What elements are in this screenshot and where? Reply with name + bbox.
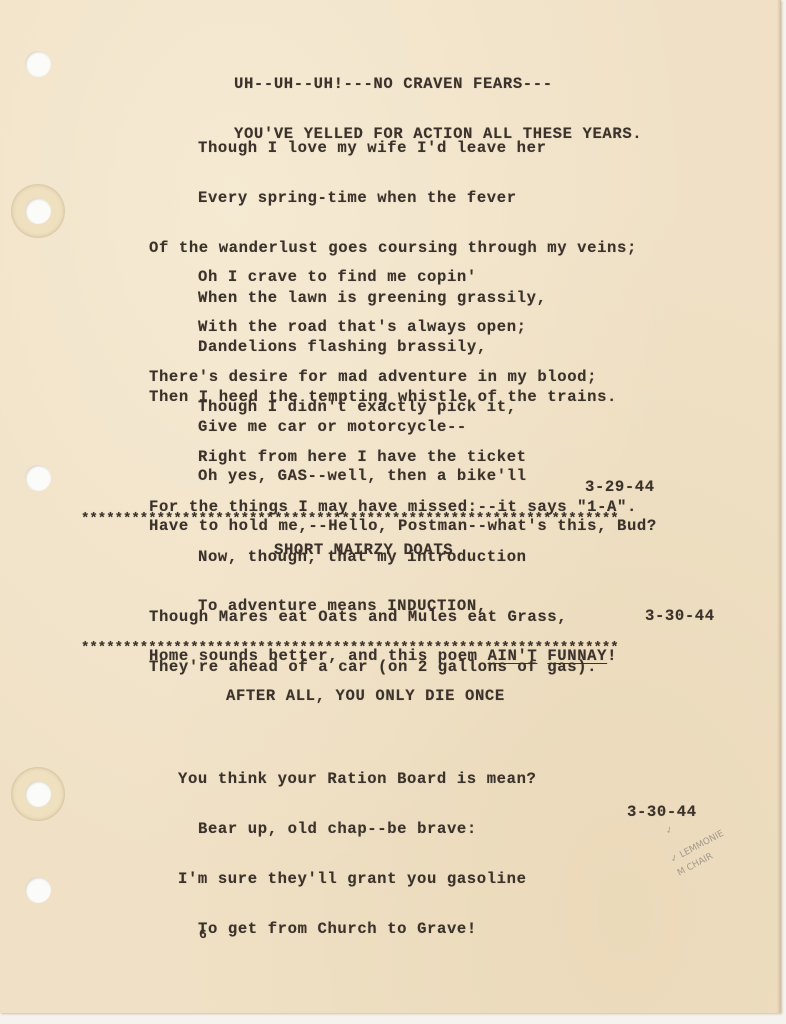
verse-line: To get from Church to Grave! bbox=[178, 921, 536, 938]
reinforced-binder-hole-icon bbox=[25, 198, 51, 224]
poem-2-title: SHORT MAIRZY DOATS bbox=[274, 542, 453, 559]
verse-line: Bear up, old chap--be brave: bbox=[178, 821, 536, 838]
typewritten-page: UH--UH--UH!---NO CRAVEN FEARS--- YOU'VE … bbox=[0, 0, 781, 1013]
verse-line: Though I didn't exactly pick it, bbox=[149, 399, 637, 416]
pencil-mark: ✓ bbox=[664, 825, 675, 837]
poem-3-title: AFTER ALL, YOU ONLY DIE ONCE bbox=[226, 688, 505, 705]
verse-line: Right from here I have the ticket bbox=[149, 449, 637, 466]
title-line: UH--UH--UH!---NO CRAVEN FEARS--- bbox=[234, 76, 642, 93]
verse-line: Though I love my wife I'd leave her bbox=[149, 140, 637, 157]
pencil-annotation: ✓ ✓ LEMMONIE M CHAIR bbox=[658, 820, 738, 880]
asterisk-separator: ****************************************… bbox=[81, 511, 619, 528]
verse-line: Every spring-time when the fever bbox=[149, 190, 637, 207]
binder-hole-icon bbox=[25, 877, 51, 903]
verse-line: They're ahead of a car (on 2 gallons of … bbox=[149, 659, 597, 676]
poem-1-date: 3-29-44 bbox=[585, 479, 655, 496]
verse-line: Though Mares eat Oats and Mules eat Gras… bbox=[149, 609, 597, 626]
asterisk-separator: ****************************************… bbox=[81, 640, 619, 657]
verse-line: You think your Ration Board is mean? bbox=[178, 771, 536, 788]
page-number: 6 bbox=[199, 927, 207, 944]
binder-hole-icon bbox=[25, 465, 51, 491]
verse-line: Oh I crave to find me copin' bbox=[149, 269, 657, 286]
poem-2-date: 3-30-44 bbox=[645, 608, 715, 625]
verse-line: With the road that's always open; bbox=[149, 319, 657, 336]
verse-line: I'm sure they'll grant you gasoline bbox=[178, 871, 536, 888]
poem-3-body: You think your Ration Board is mean? Bea… bbox=[178, 738, 536, 970]
poem-3-date: 3-30-44 bbox=[627, 804, 697, 821]
reinforced-binder-hole-icon bbox=[25, 781, 51, 807]
binder-hole-icon bbox=[25, 51, 51, 77]
page-edge-shadow bbox=[777, 0, 781, 1013]
